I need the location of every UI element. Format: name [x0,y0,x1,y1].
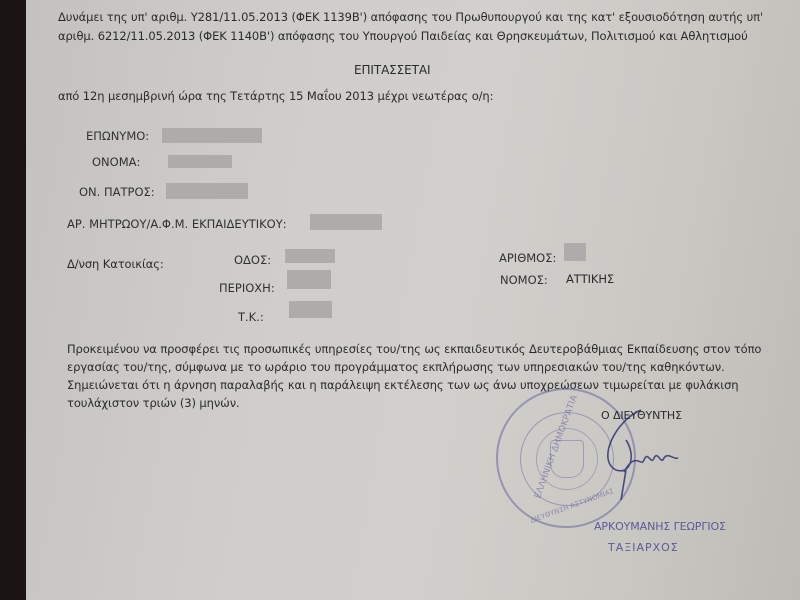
prefecture-value: ΑΤΤΙΚΗΣ [566,272,614,286]
number-label: ΑΡΙΘΜΟΣ: [499,251,556,265]
area-redacted [287,270,331,289]
father-name-label: ΟΝ. ΠΑΤΡΟΣ: [79,185,155,199]
intro-line: από 12η μεσημβρινή ώρα της Τετάρτης 15 Μ… [58,89,493,103]
street-redacted [285,249,335,263]
postcode-label: Τ.Κ.: [238,310,264,324]
registry-redacted [310,214,382,230]
prefecture-label: ΝΟΜΟΣ: [500,273,548,287]
address-label: Δ/νση Κατοικίας: [67,257,164,271]
surname-label: ΕΠΩΝΥΜΟ: [86,129,149,143]
father-name-redacted [166,183,248,199]
name-label: ΟΝΟΜΑ: [92,155,140,169]
area-label: ΠΕΡΙΟΧΗ: [219,281,275,295]
handwritten-signature-icon [596,400,716,520]
body-line-1: Προκειμένου να προσφέρει τις προσωπικές … [67,342,761,356]
signatory-name: ΑΡΚΟΥΜΑΝΗΣ ΓΕΩΡΓΙΟΣ [594,520,726,533]
heading: ΕΠΙΤΑΣΣΕΤΑΙ [354,63,430,77]
signatory-rank: ΤΑΞΙΑΡΧΟΣ [608,541,679,554]
preamble-line-2: αριθμ. 6212/11.05.2013 (ΦΕΚ 1140Β') απόφ… [58,29,748,43]
number-redacted [564,243,586,261]
registry-label: ΑΡ. ΜΗΤΡΩΟΥ/Α.Φ.Μ. ΕΚΠΑΙΔΕΥΤΙΚΟΥ: [67,217,287,231]
body-line-2: εργασίας του/της, σύμφωνα με το ωράριο τ… [67,360,725,374]
body-line-3: Σημειώνεται ότι η άρνηση παραλαβής και η… [67,378,738,392]
name-redacted [168,155,232,168]
preamble-line-1: Δυνάμει της υπ' αριθμ. Υ281/11.05.2013 (… [58,10,763,24]
document-page: Δυνάμει της υπ' αριθμ. Υ281/11.05.2013 (… [26,0,800,600]
street-label: ΟΔΟΣ: [234,253,271,267]
surname-redacted [162,128,262,143]
postcode-redacted [289,301,332,318]
body-line-4: τουλάχιστον τριών (3) μηνών. [67,396,240,410]
